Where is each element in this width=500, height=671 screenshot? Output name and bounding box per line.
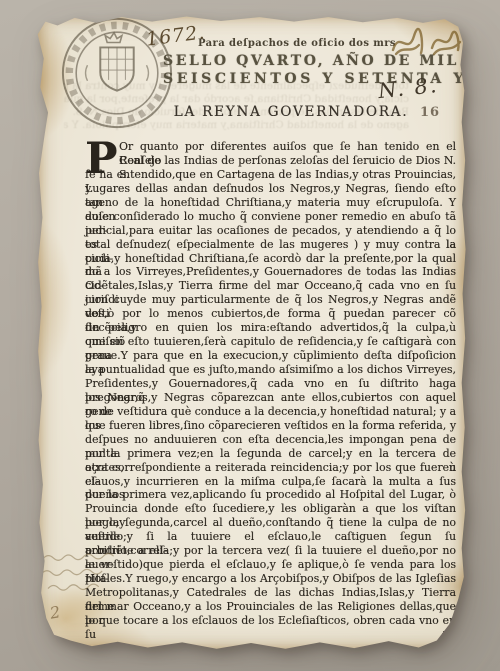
body-line: clauos,y incurrieren en la miſma culpa,ſ… bbox=[85, 475, 456, 489]
body-line: por la primera vez;en la ſegunda de carc… bbox=[85, 447, 456, 461]
body-line: dos,ò por lo menos cubiertos,de forma q̃… bbox=[85, 307, 456, 321]
body-line: Real de las Indias de perſonas zeloſas d… bbox=[85, 154, 456, 168]
body-line: que fueren libres,ſino cõparecieren veſt… bbox=[85, 419, 456, 433]
body-line: del mar Occeano,y a los Prouinciales de … bbox=[85, 600, 456, 614]
body-line: cion cuyde muy particularmente de q̃ los… bbox=[85, 293, 456, 307]
body-line: la puntualidad que es juſto,mando aſsimi… bbox=[85, 363, 456, 377]
body-line: pondiẽte a ella;y por la tercera vez( ſi… bbox=[85, 544, 456, 558]
body-line: los Negros,y Negras cõparezcan ante ello… bbox=[85, 391, 456, 405]
body-line: veſtido;y ſi la tuuiere el eſclauo,le ca… bbox=[85, 530, 456, 544]
body-line: ſe ha entendido,que en Cartagena de las … bbox=[85, 168, 456, 182]
ink-flourish-icon bbox=[388, 23, 464, 69]
body-line: pitales.Y ruego,y encargo a los Arçobiſp… bbox=[85, 572, 456, 586]
body-line: graue.Y para que en la execucion,y cũpli… bbox=[85, 349, 456, 363]
body-line: Lugares dellas andan deſnudos los Negros… bbox=[85, 182, 456, 196]
sello-title-line2: SEISCIENTOS Y SETENTA Y D bbox=[163, 71, 491, 87]
body-line: judicial,para euitar las ocaſiones de pe… bbox=[85, 224, 456, 238]
body-text: Or quanto por diferentes auiſos que ſe h… bbox=[85, 140, 456, 628]
body-line: ſin peligro en quien los mira:eſtando ad… bbox=[85, 321, 456, 335]
catchword: ju- bbox=[85, 629, 456, 642]
document-paper: total deſnudez( eſpecialmente de las mug… bbox=[36, 14, 466, 650]
body-line: do a los Virreyes,Preſidentes,y Gouernad… bbox=[85, 265, 456, 279]
handwritten-number-annotation: N. 8. bbox=[377, 73, 440, 103]
body-line: cicia,y honeſtidad Chriſtiana,ſe acordò … bbox=[85, 252, 456, 266]
photo-background: total deſnudez( eſpecialmente de las mug… bbox=[0, 0, 500, 671]
body-line: doſe conſiderado lo mucho q̃ conviene po… bbox=[85, 210, 456, 224]
tax-rate-line: Para deſpachos de oficio dos mrs bbox=[198, 38, 396, 49]
body-line: Preſidentes,y Gouernadores,q̃ cada vno e… bbox=[85, 377, 456, 391]
body-line: total deſnudez( eſpecialmente de las mug… bbox=[85, 238, 456, 252]
body-line: que en eſto tuuieren,ſerà capitulo de re… bbox=[85, 335, 456, 349]
page-number: 16 bbox=[420, 105, 440, 120]
body-line: otra correſpondiente a reiterada reincid… bbox=[85, 461, 456, 475]
body-line: Metropolitanas,y Catedrales de las dicha… bbox=[85, 586, 456, 600]
document-heading: LA REYNA GOVERNADORA. bbox=[116, 104, 466, 120]
document-paper-wrapper: total deſnudez( eſpecialmente de las mug… bbox=[36, 14, 466, 650]
heading-row: LA REYNA GOVERNADORA. 16 bbox=[36, 104, 466, 122]
body-line: deſpues no anduuieren con eſta decencia,… bbox=[85, 433, 456, 447]
body-line: lo que tocare a los eſclauos de los Ecle… bbox=[85, 614, 456, 628]
body-line: Prouincia donde eſto ſucediere,y les obl… bbox=[85, 502, 456, 516]
body-line: por la primera vez,aplicando ſu procedid… bbox=[85, 488, 456, 502]
body-line: ro de veſtidura què conduce a la decenci… bbox=[85, 405, 456, 419]
marginalia-showthrough-icon bbox=[35, 546, 129, 607]
body-line: por la ſegunda,carcel al dueño,conſtando… bbox=[85, 516, 456, 530]
body-line: Or quanto por diferentes auiſos que ſe h… bbox=[85, 140, 456, 154]
body-line: ageno de la honeſtidad Chriſtiana,y mate… bbox=[85, 196, 456, 210]
body-line: cidẽtales,Islas,y Tierra firme del mar O… bbox=[85, 279, 456, 293]
body-line: le veſtido)que pierda el eſclauo,y ſe ap… bbox=[85, 558, 456, 572]
